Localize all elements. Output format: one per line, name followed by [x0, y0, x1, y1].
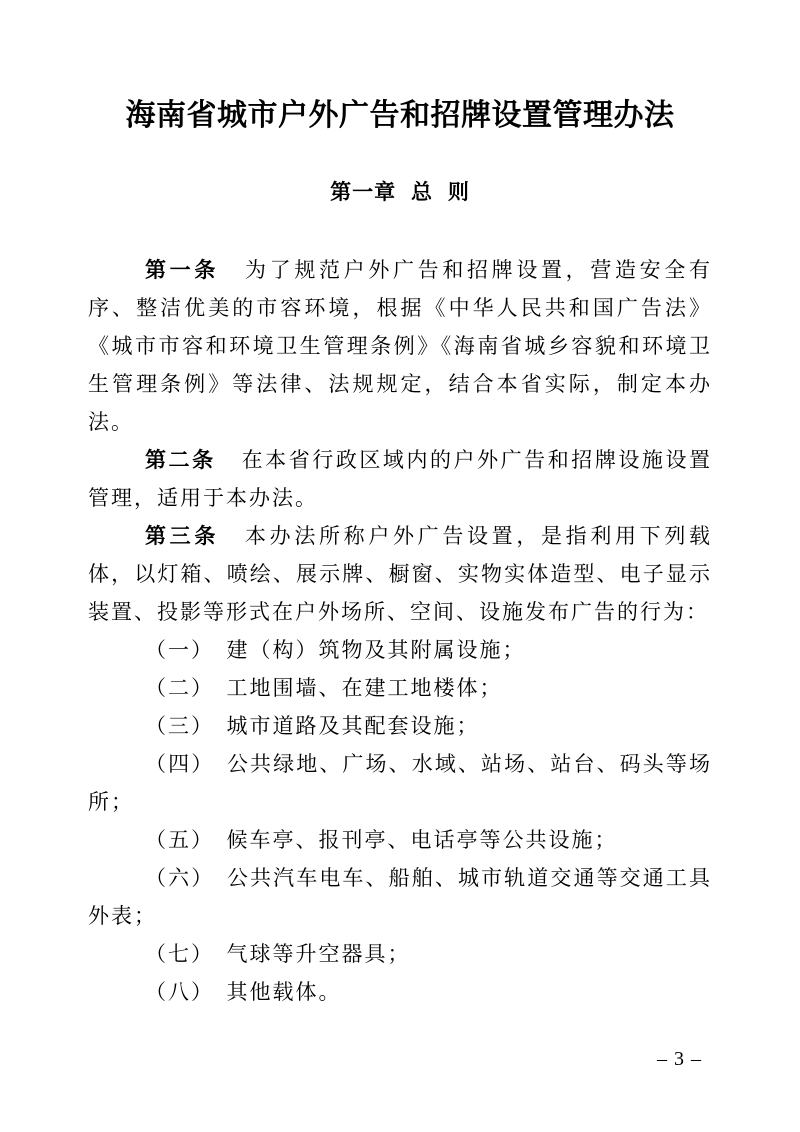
article-1-text: 为了规范户外广告和招牌设置，营造安全有序、整洁优美的市容环境，根据《中华人民共和…: [88, 258, 712, 434]
document-title: 海南省城市户外广告和招牌设置管理办法: [0, 0, 800, 134]
article-3-label: 第三条: [145, 524, 219, 548]
document-page: 海南省城市户外广告和招牌设置管理办法 第一章 总 则 第一条为了规范户外广告和招…: [0, 0, 800, 1132]
article-2-label: 第二条: [145, 448, 216, 472]
list-item-1: （一） 建（构）筑物及其附属设施；: [88, 631, 712, 669]
list-item-5: （五） 候车亭、报刊亭、电话亭等公共设施；: [88, 821, 712, 859]
list-item-7: （七） 气球等升空器具；: [88, 935, 712, 973]
chapter-heading: 第一章 总 则: [0, 180, 800, 205]
list-item-6: （六） 公共汽车电车、船舶、城市轨道交通等交通工具外表；: [88, 859, 712, 935]
page-number: – 3 –: [657, 1048, 702, 1071]
article-paragraph-2: 第二条在本省行政区域内的户外广告和招牌设施设置管理，适用于本办法。: [88, 441, 712, 517]
document-body: 第一条为了规范户外广告和招牌设置，营造安全有序、整洁优美的市容环境，根据《中华人…: [88, 251, 712, 1011]
article-paragraph-3: 第三条本办法所称户外广告设置，是指利用下列载体，以灯箱、喷绘、展示牌、橱窗、实物…: [88, 517, 712, 631]
list-item-8: （八） 其他载体。: [88, 973, 712, 1011]
article-paragraph-1: 第一条为了规范户外广告和招牌设置，营造安全有序、整洁优美的市容环境，根据《中华人…: [88, 251, 712, 441]
list-item-2: （二） 工地围墙、在建工地楼体；: [88, 669, 712, 707]
list-item-3: （三） 城市道路及其配套设施；: [88, 707, 712, 745]
list-item-4: （四） 公共绿地、广场、水域、站场、站台、码头等场所；: [88, 745, 712, 821]
article-1-label: 第一条: [145, 258, 219, 282]
